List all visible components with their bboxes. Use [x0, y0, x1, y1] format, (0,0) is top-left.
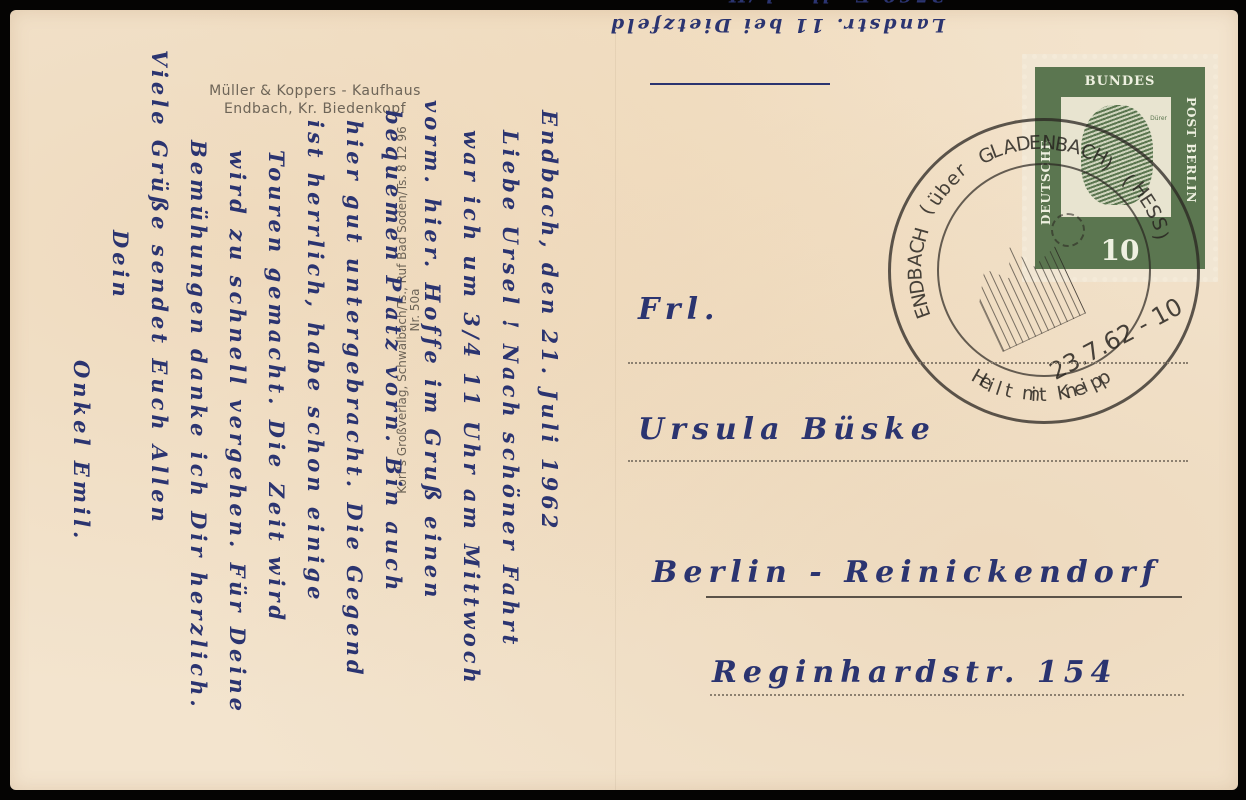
town-illustration-icon	[964, 230, 1086, 352]
message-line: Viele Grüße sendet Euch Allen	[147, 50, 172, 526]
publisher-name: Müller & Koppers - Kaufhaus	[170, 82, 460, 100]
message-line: Onkel Emil.	[69, 360, 94, 542]
center-divider	[615, 30, 616, 790]
message-line: ist herrlich, habe schon einige	[303, 120, 328, 604]
address-name: Ursula Büske	[638, 412, 936, 447]
postmark: 23.7.62 - 10 ENDBACH (über GLADENBACH) (…	[888, 118, 1200, 424]
sender-underline	[650, 83, 830, 85]
message-line: Endbach, den 21. Juli 1962	[537, 110, 562, 532]
message-line: bequemen Platz vorn. Bin auch	[381, 110, 406, 594]
message-line: Dein	[108, 230, 133, 301]
sun-icon	[1051, 213, 1085, 247]
message-line: vorm. hier. Hoffe im Gruß einen	[420, 100, 445, 601]
message-line: Touren gemacht. Die Zeit wird	[264, 150, 289, 624]
address-salutation: Frl.	[638, 292, 720, 327]
message-line: wird zu schnell vergehen. Für Deine	[225, 150, 250, 715]
address-line-2	[628, 460, 1188, 462]
address-street: Reginhardstr. 154	[712, 655, 1118, 690]
sender-block: Landstr. 11 bei Dietzfeld 3569 Endbach/H…	[608, 0, 945, 40]
message-line: hier gut untergebracht. Die Gegend	[342, 120, 367, 679]
sender-line-2: 3569 Endbach/Hessen	[608, 0, 945, 10]
portrait-label: Dürer	[1150, 115, 1167, 122]
address-city-underline	[706, 596, 1182, 598]
address-line-1	[628, 362, 1188, 364]
postmark-inner-ring: 23.7.62 - 10	[937, 163, 1151, 377]
message-line: Bemühungen danke ich Dir herzlich.	[186, 140, 211, 711]
message-line: Liebe Ursel ! Nach schöner Fahrt	[498, 130, 523, 648]
message-line: war ich um 3/4 11 Uhr am Mittwoch	[459, 130, 484, 687]
stamp-top-text: BUNDES	[1035, 74, 1205, 89]
address-line-4	[710, 694, 1184, 696]
address-city: Berlin - Reinickendorf	[652, 555, 1160, 590]
postcard: Müller & Koppers - Kaufhaus Endbach, Kr.…	[10, 10, 1238, 790]
sender-line-1: Landstr. 11 bei Dietzfeld	[608, 10, 945, 40]
stamp-right-text: POST BERLIN	[1184, 97, 1198, 200]
